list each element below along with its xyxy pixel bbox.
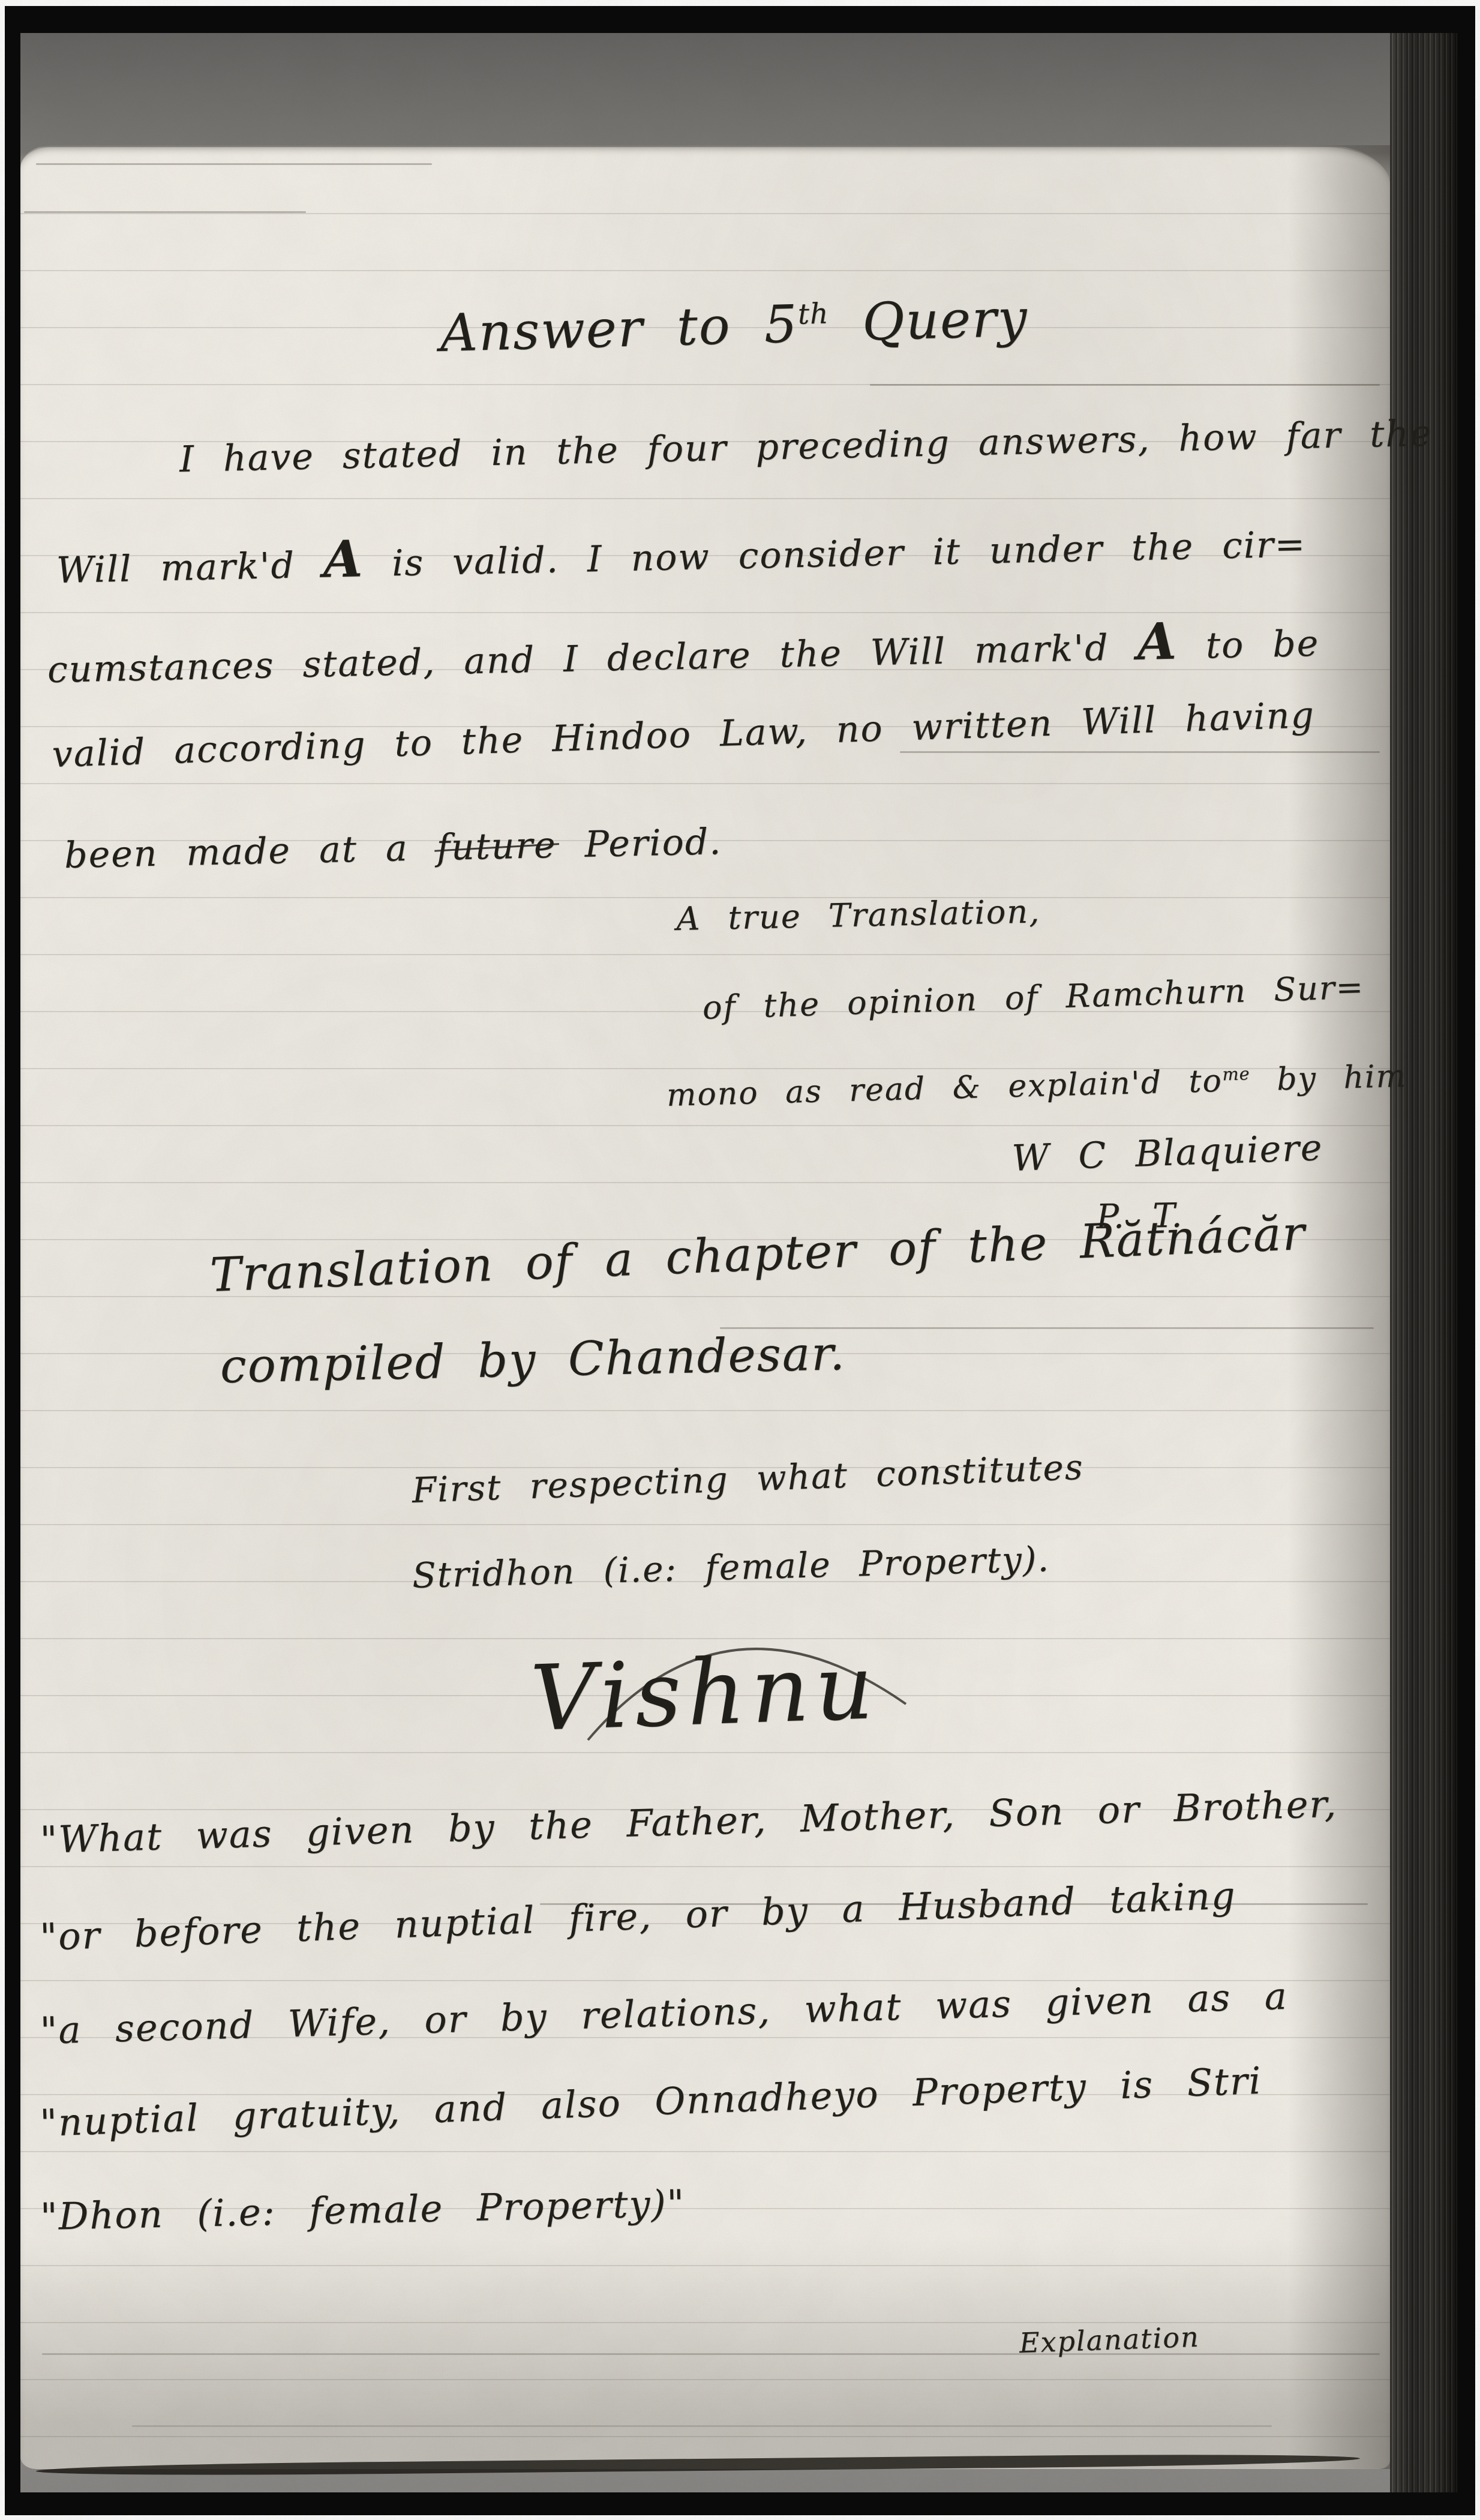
struck-word: future: [436, 824, 557, 869]
attestation-line-1: A true Translation,: [676, 892, 1041, 938]
book-binding-edge: [1390, 33, 1457, 2492]
title-text-post: Query: [828, 288, 1029, 353]
manuscript-scan: Answer to 5th Query I have stated in the…: [0, 0, 1480, 2520]
answer-line-5-post: Period.: [556, 821, 722, 866]
will-mark-letter: A: [323, 529, 364, 589]
attestation-line-3-post: by him: [1250, 1058, 1407, 1099]
answer-line-5-pre: been made at a: [64, 827, 437, 877]
answer-line-2-pre: Will mark'd: [56, 544, 323, 592]
catchword: Explanation: [1019, 2321, 1200, 2360]
authority-heading: Vishnu: [529, 1633, 881, 1753]
gutter-shadow: [1288, 145, 1390, 2469]
inserted-word: me: [1222, 1063, 1250, 1084]
answer-line-3-post: to be: [1177, 623, 1320, 668]
will-mark-letter: A: [1136, 611, 1178, 671]
title-text-pre: Answer to 5: [439, 294, 798, 364]
title-ordinal-suffix: th: [797, 297, 829, 331]
